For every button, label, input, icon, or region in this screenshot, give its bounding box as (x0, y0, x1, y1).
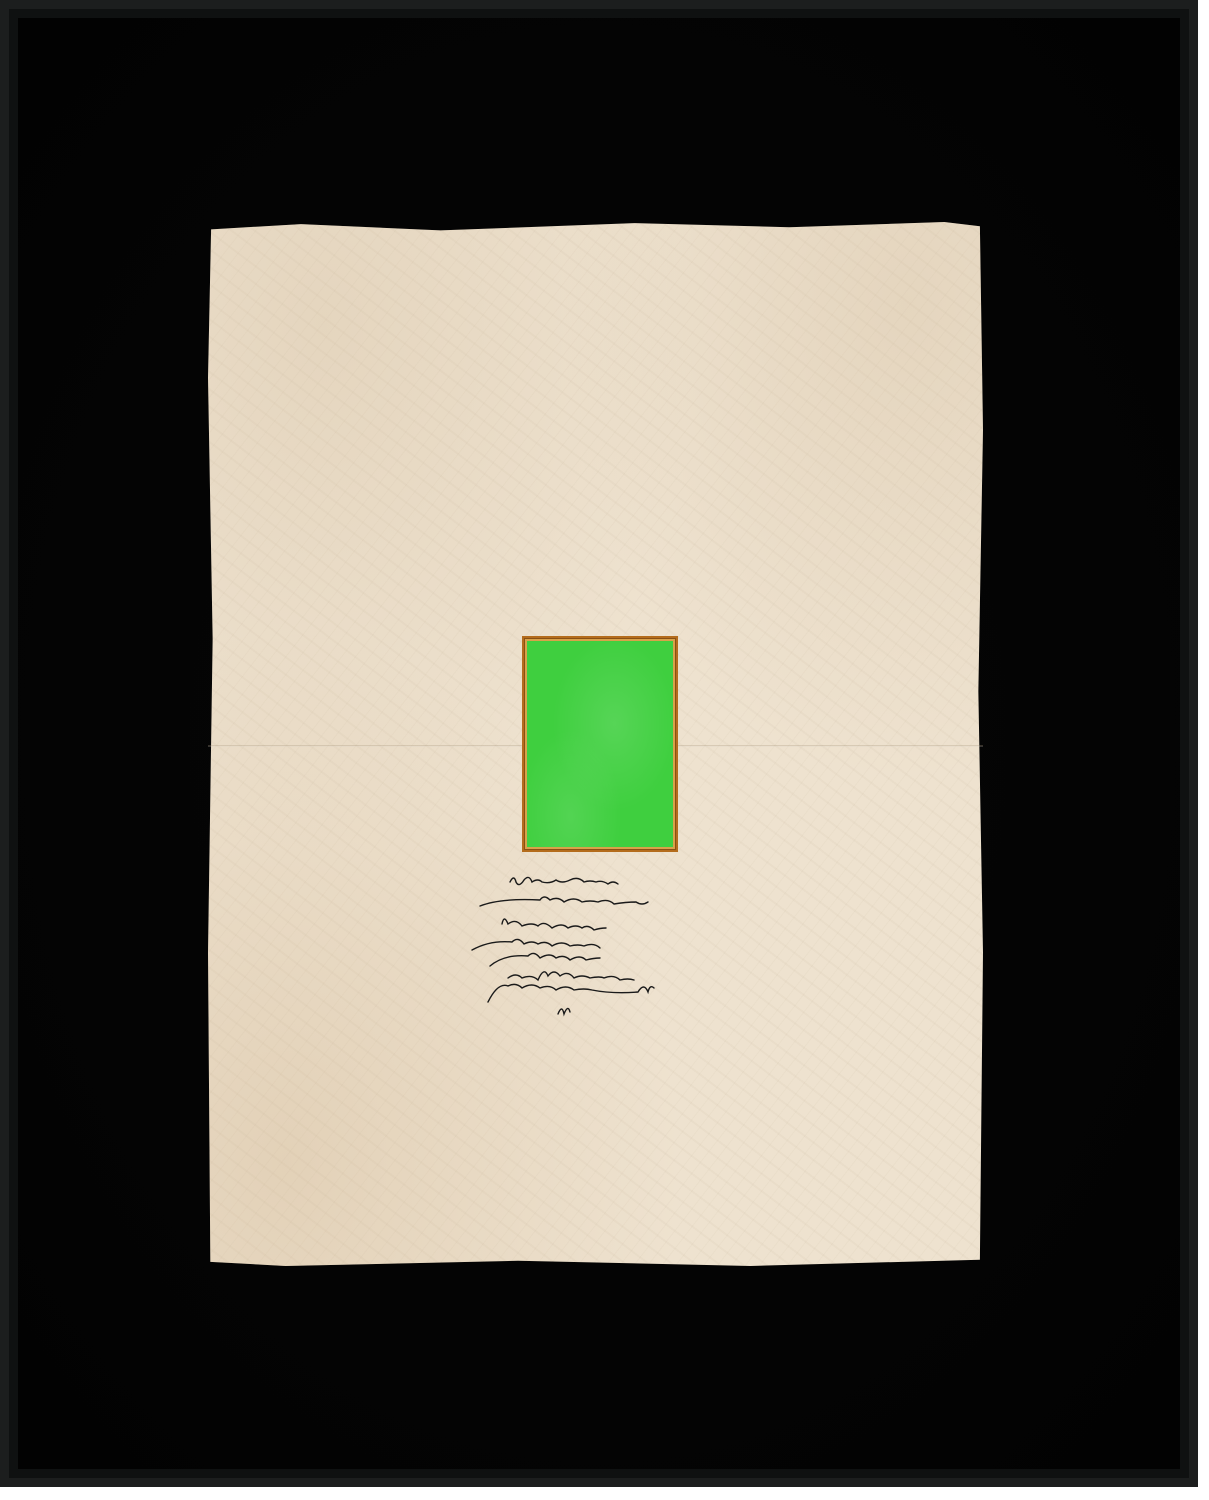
green-rectangle-border (522, 636, 678, 852)
handwritten-script (460, 862, 740, 1022)
green-rectangle (525, 639, 675, 849)
